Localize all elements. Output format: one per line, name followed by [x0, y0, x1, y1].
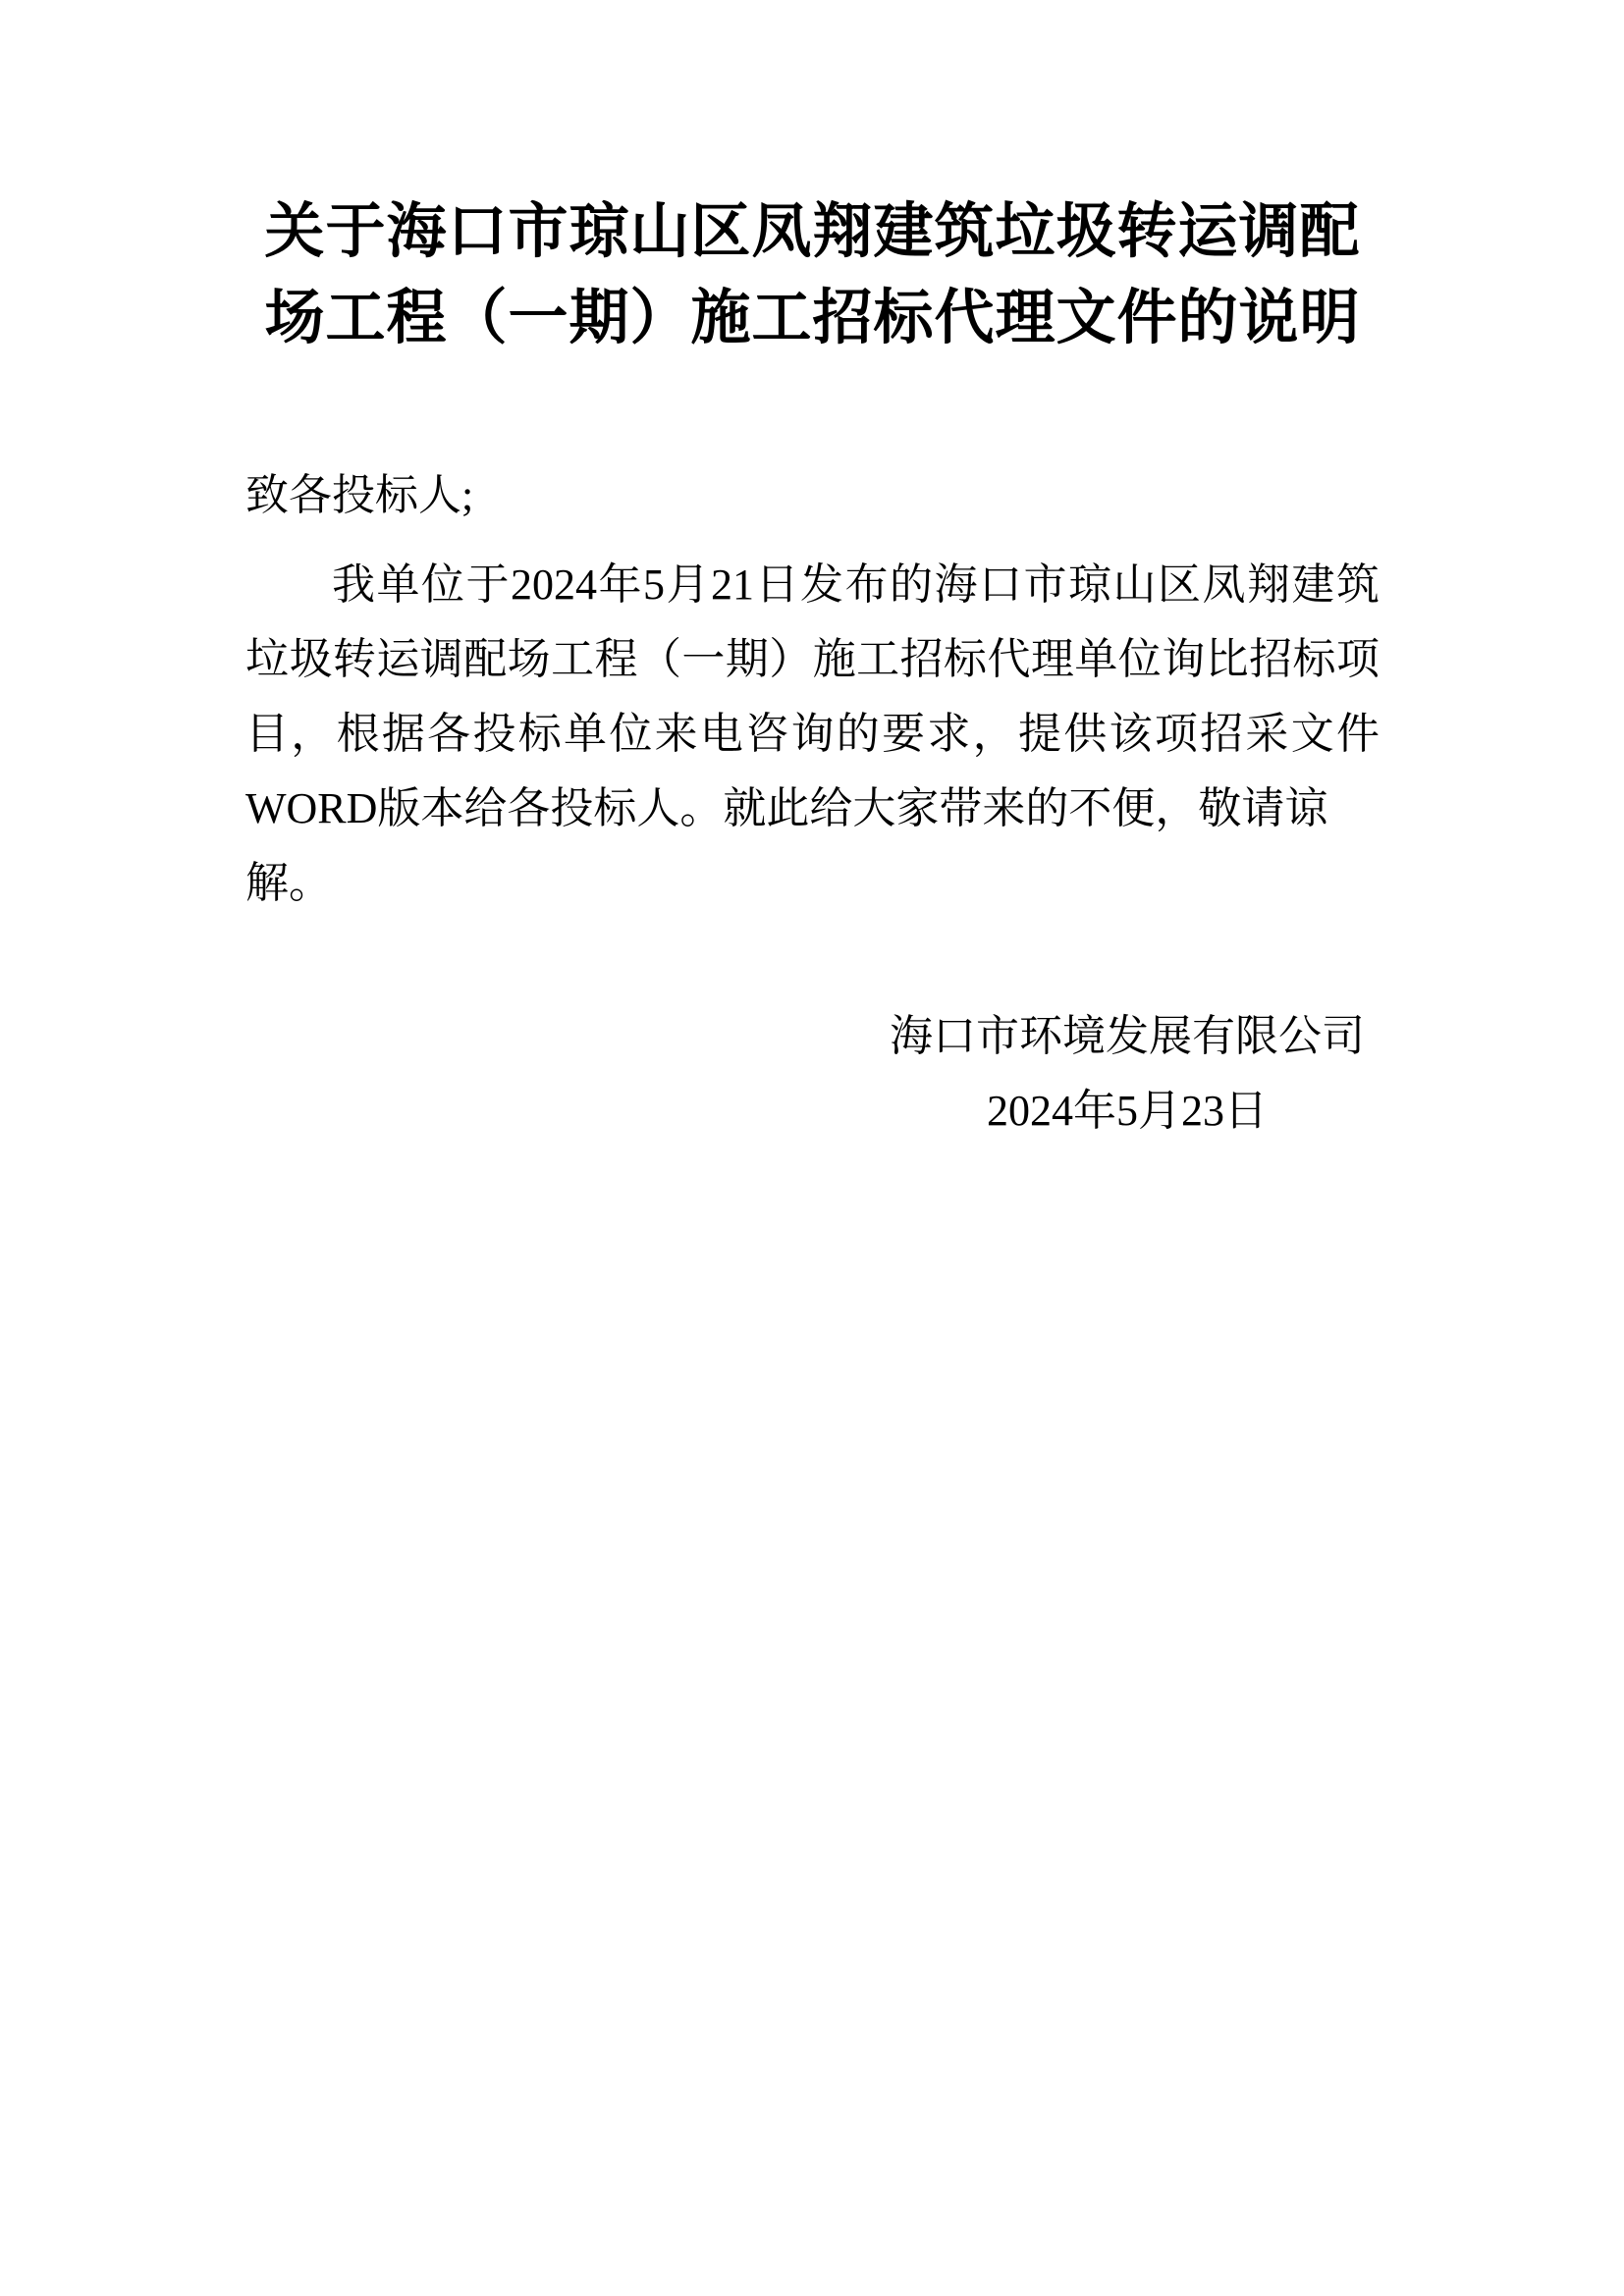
document-title: 关于海口市琼山区凤翔建筑垃圾转运调配 场工程（一期）施工招标代理文件的说明	[245, 189, 1380, 362]
signature-date: 2024年5月23日	[890, 1074, 1365, 1148]
title-line-1: 关于海口市琼山区凤翔建筑垃圾转运调配	[245, 189, 1380, 276]
paragraph-line-2: 垃圾转运调配场工程（一期）施工招标代理单位询比招标项	[245, 622, 1380, 697]
title-line-2: 场工程（一期）施工招标代理文件的说明	[245, 276, 1380, 362]
signature-block: 海口市环境发展有限公司 2024年5月23日	[890, 999, 1365, 1148]
paragraph-line-3: 目，根据各投标单位来电咨询的要求，提供该项招采文件	[245, 697, 1380, 772]
paragraph-line-4: WORD版本给各投标人。就此给大家带来的不便，敬请谅解。	[245, 772, 1380, 921]
body-paragraph: 我单位于2024年5月21日发布的海口市琼山区凤翔建筑 垃圾转运调配场工程（一期…	[245, 548, 1380, 921]
signature-company: 海口市环境发展有限公司	[890, 999, 1365, 1074]
document-page: 关于海口市琼山区凤翔建筑垃圾转运调配 场工程（一期）施工招标代理文件的说明 致各…	[0, 0, 1624, 2296]
paragraph-line-1: 我单位于2024年5月21日发布的海口市琼山区凤翔建筑	[245, 548, 1380, 622]
salutation: 致各投标人;	[245, 458, 1380, 533]
